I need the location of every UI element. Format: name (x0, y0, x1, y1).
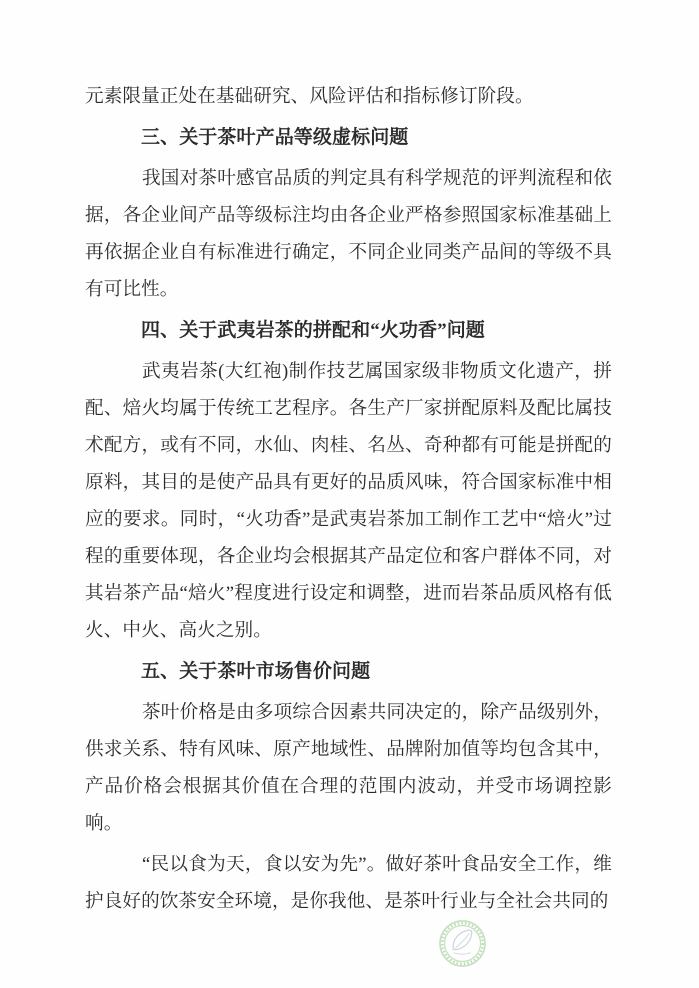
paragraph-wuyi-rock-tea: 武夷岩茶(大红袍)制作技艺属国家级非物质文化遗产，拼配、焙火均属于传统工艺程序。… (85, 353, 612, 649)
page-content: 元素限量正处在基础研究、风险评估和指标修订阶段。 三、关于茶叶产品等级虚标问题 … (85, 78, 612, 924)
leaf-icon (438, 919, 487, 968)
section-heading-three: 三、关于茶叶产品等级虚标问题 (85, 119, 612, 156)
paragraph-market-price: 茶叶价格是由多项综合因素共同决定的，除产品级别外，供求关系、特有风味、原产地域性… (85, 694, 612, 842)
section-heading-five: 五、关于茶叶市场售价问题 (85, 653, 612, 690)
paragraph-grade-labeling: 我国对茶叶感官品质的判定具有科学规范的评判流程和依据，各企业间产品等级标注均由各… (85, 160, 612, 308)
paragraph-continuation: 元素限量正处在基础研究、风险评估和指标修订阶段。 (85, 78, 612, 115)
section-heading-four: 四、关于武夷岩茶的拼配和“火功香”问题 (85, 312, 612, 349)
leaf-logo-watermark (438, 919, 487, 968)
paragraph-food-safety: “民以食为天，食以安为先”。做好茶叶食品安全工作，维护良好的饮茶安全环境，是你我… (85, 846, 612, 920)
document-page: 元素限量正处在基础研究、风险评估和指标修订阶段。 三、关于茶叶产品等级虚标问题 … (0, 0, 699, 988)
